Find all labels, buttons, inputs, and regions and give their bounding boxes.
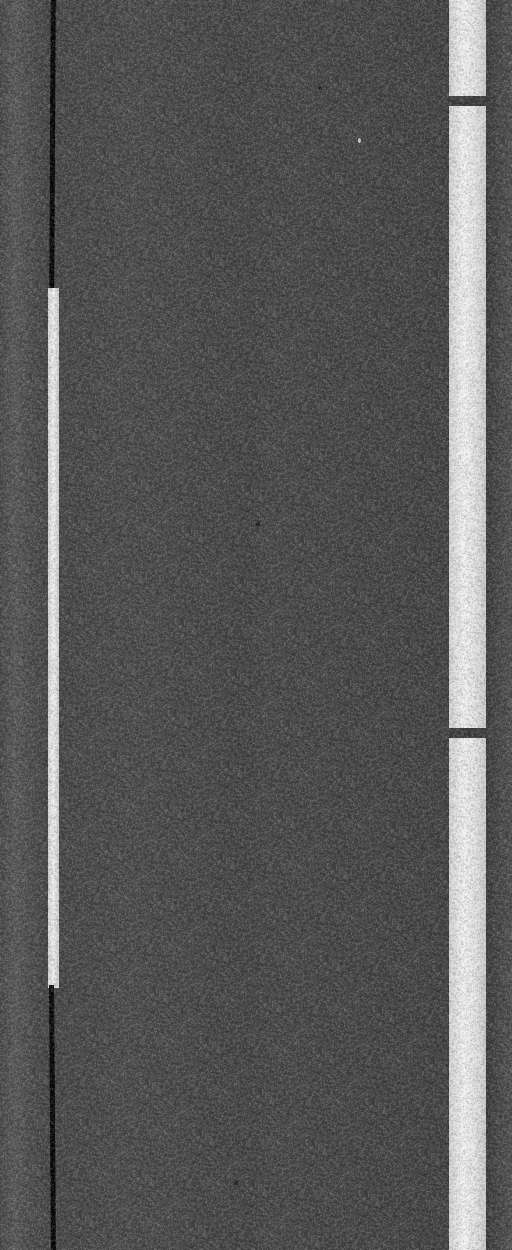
lane-dash-2 [449, 106, 486, 728]
surface-spot [358, 138, 361, 143]
lane-dash-1 [449, 0, 486, 96]
lane-dash-3 [449, 738, 486, 1250]
right-shoulder [486, 0, 512, 1250]
asphalt-lane [50, 0, 448, 1250]
surface-spot [234, 1181, 238, 1185]
surface-spot [318, 86, 322, 90]
road-surface-scan [0, 0, 512, 1250]
dash-gap-1 [449, 96, 486, 106]
left-shoulder [0, 0, 50, 1250]
surface-spot [256, 522, 260, 526]
left-edge-line [48, 288, 59, 988]
dash-gap-2 [449, 728, 486, 738]
